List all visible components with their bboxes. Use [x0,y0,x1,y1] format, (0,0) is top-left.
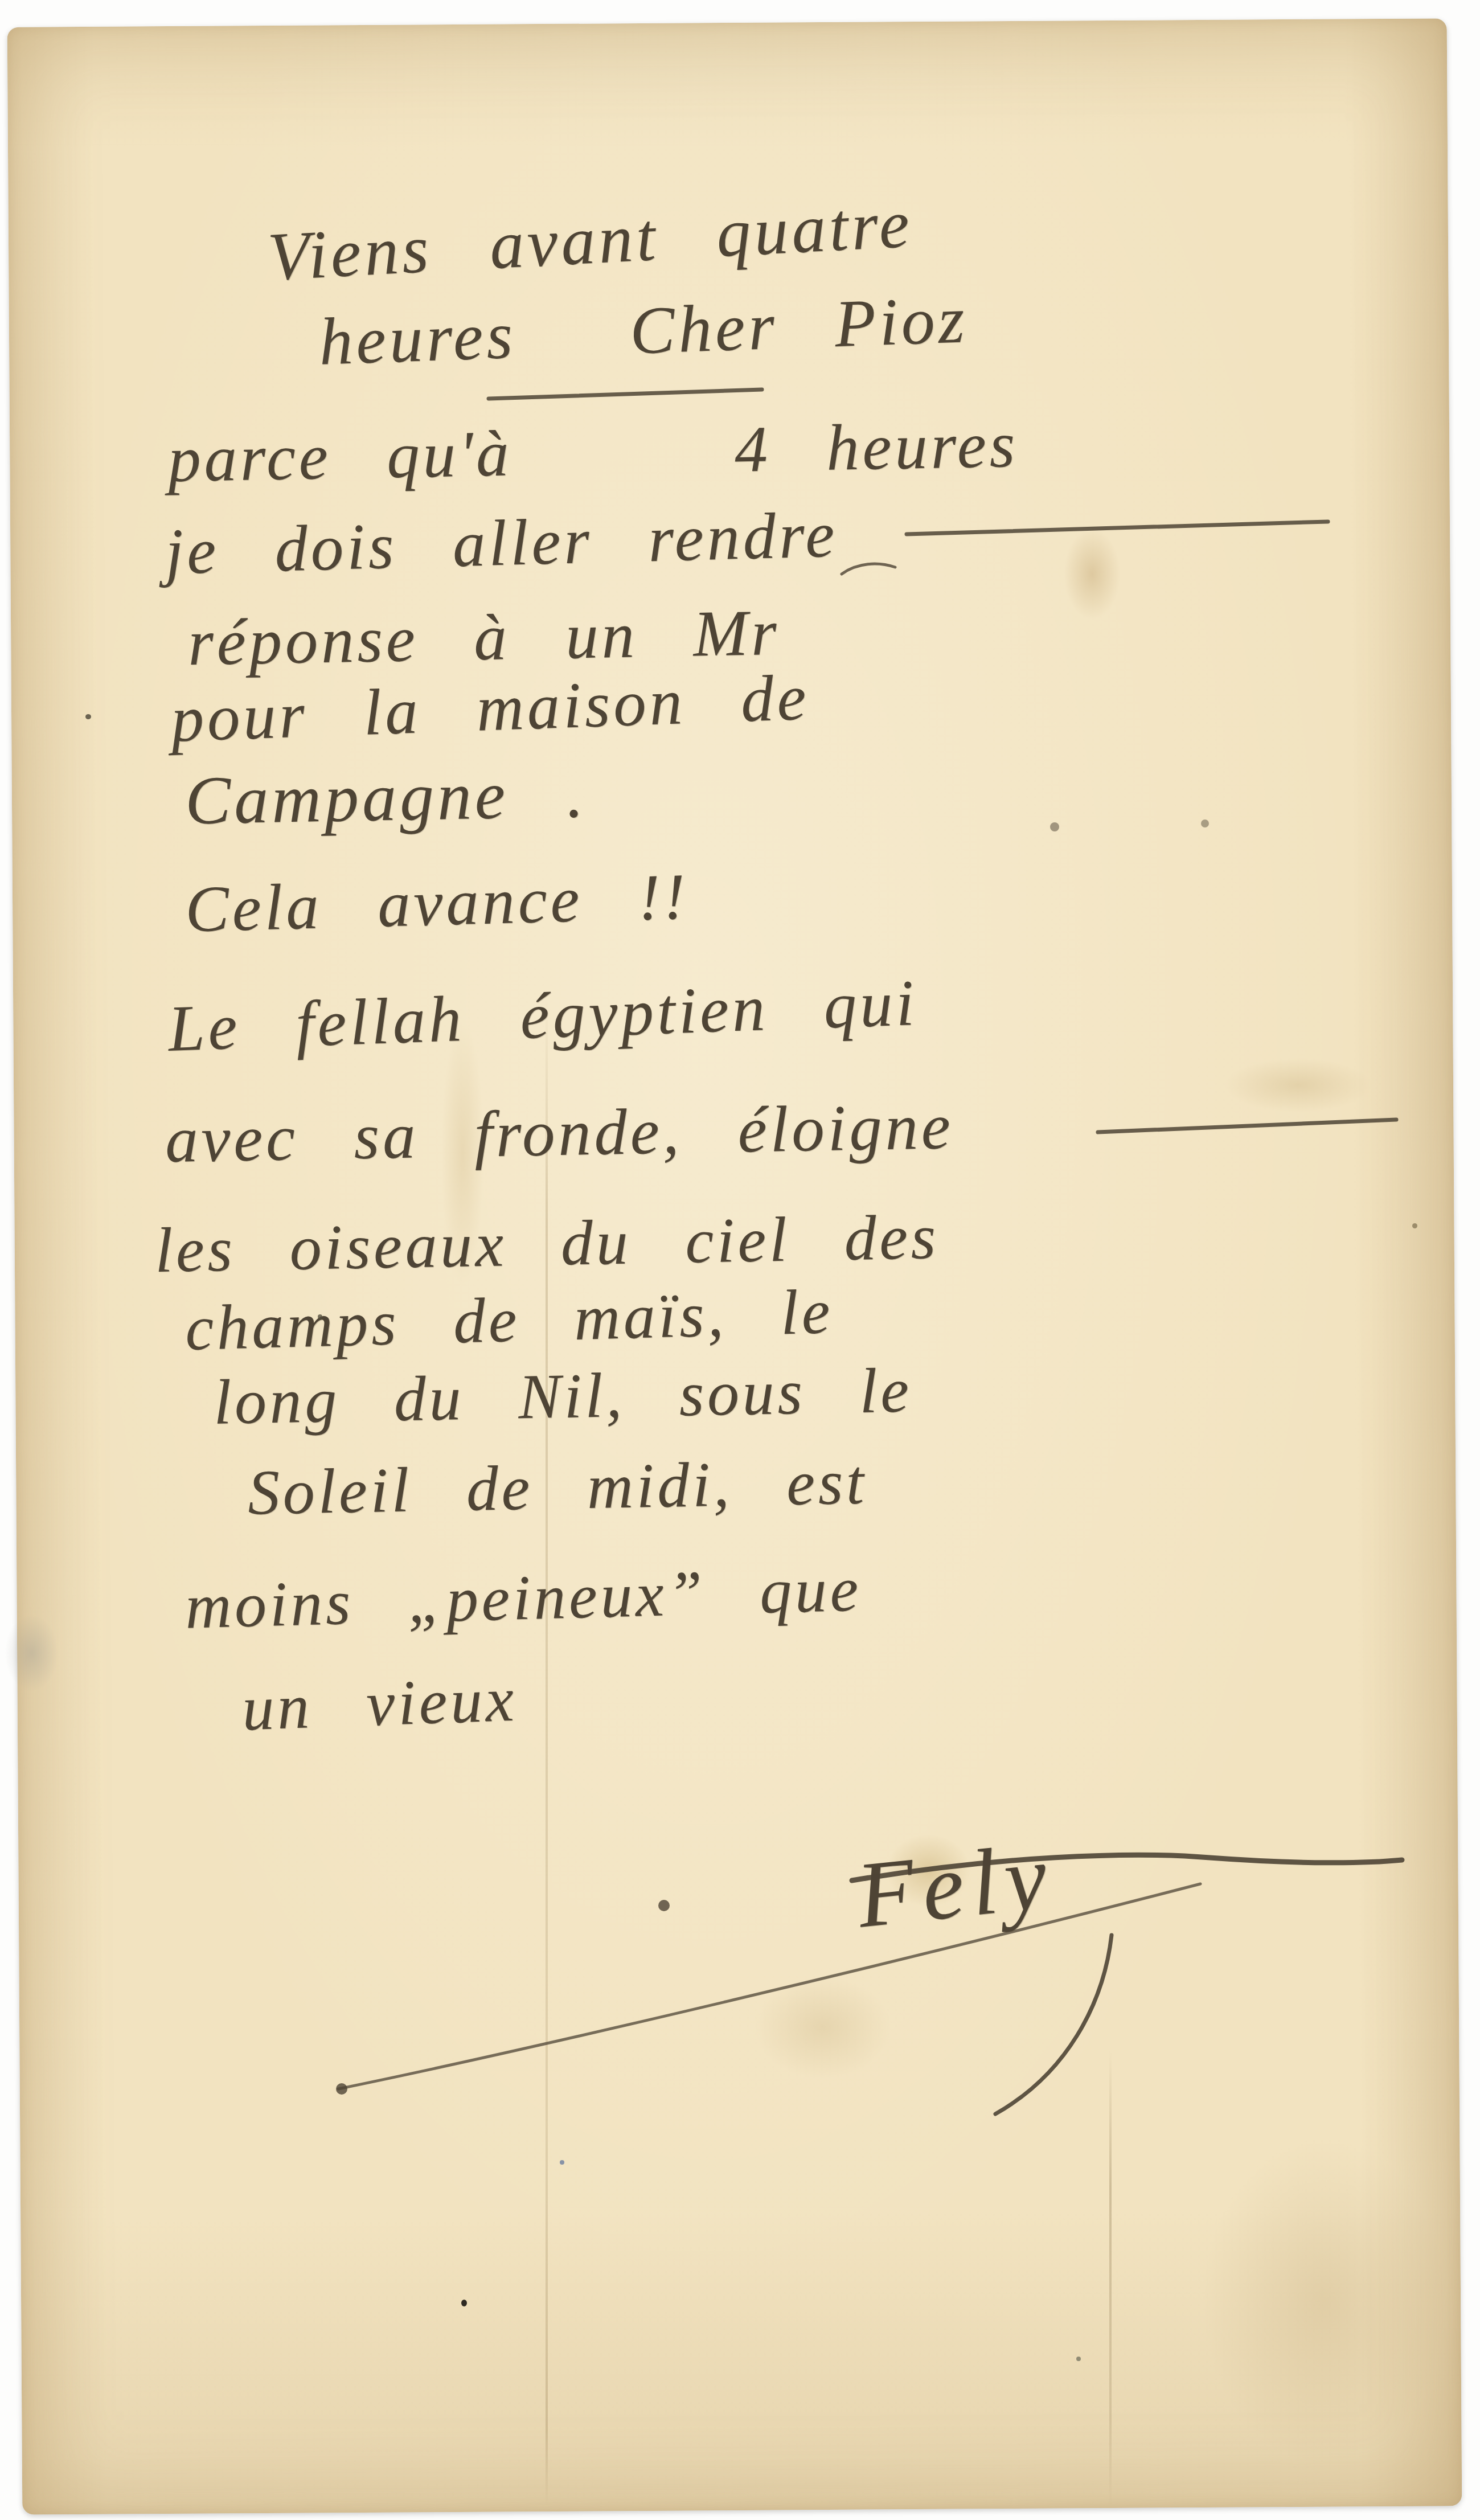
letter-line: Soleil de midi, est [247,1450,867,1525]
letter-line: un vieux [241,1667,518,1741]
letter-line: Campagne . [185,760,588,835]
letter-line: champs de maïs, le [185,1280,834,1361]
scanned-letter: Viens avant quatre heures Cher Pioz parc… [0,0,1480,2520]
letter-line: parce qu'à 4 heures [167,412,1019,492]
letter-line: long du Nil, sous le [213,1358,912,1434]
signature: Fely [852,1828,1058,1942]
letter-line: moins „peineux” que [185,1557,862,1638]
letter-line: réponse à un Mr [187,600,780,675]
letter-line: Cela avance !! [185,863,690,942]
letter-line: avec sa fronde, éloigne [165,1093,954,1173]
letter-line: je dois aller rendre [165,502,839,585]
letter-line: les oiseaux du ciel des [154,1205,939,1282]
